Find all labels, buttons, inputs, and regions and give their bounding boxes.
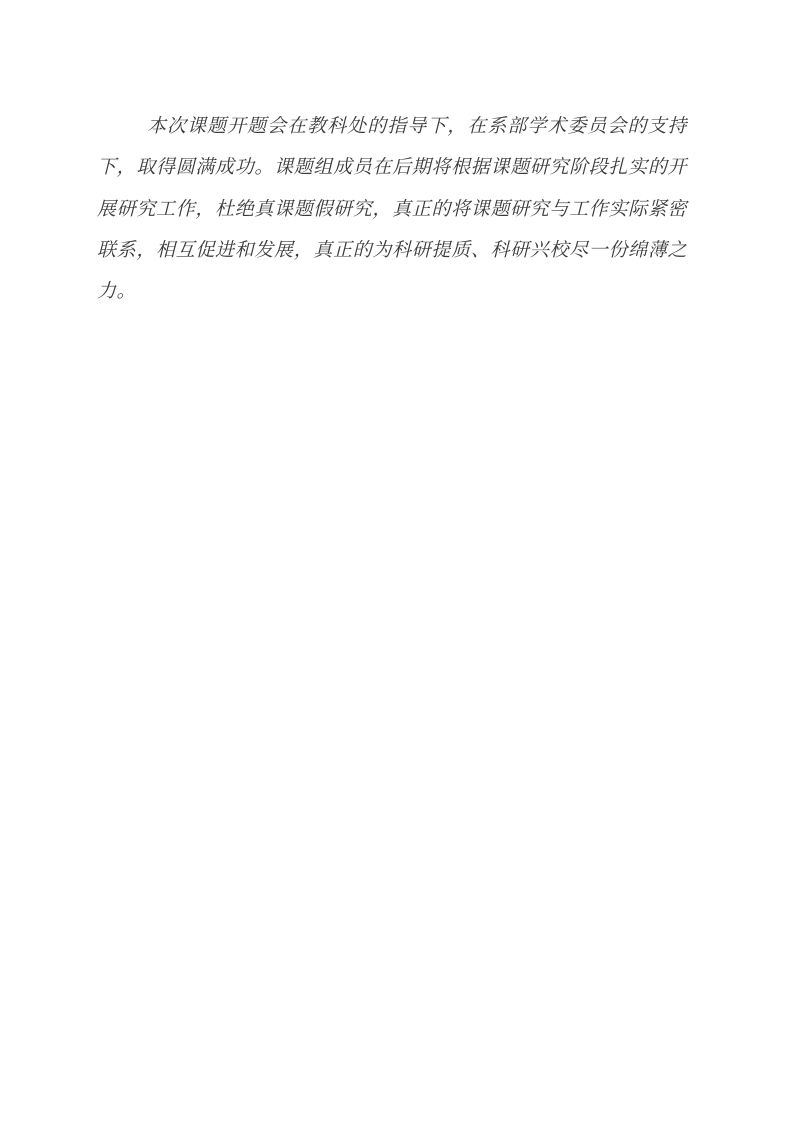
paragraph: 本次课题开题会在教科处的指导下，在系部学术委员会的支持 下，取得圆满成功。课题组… — [97, 106, 687, 312]
document-page: 本次课题开题会在教科处的指导下，在系部学术委员会的支持 下，取得圆满成功。课题组… — [0, 0, 793, 1122]
text-line: 下，取得圆满成功。课题组成员在后期将根据课题研究阶段扎实的开 — [97, 147, 687, 188]
text-line: 展研究工作，杜绝真课题假研究，真正的将课题研究与工作实际紧密 — [97, 189, 687, 230]
text-line: 本次课题开题会在教科处的指导下，在系部学术委员会的支持 — [97, 106, 687, 147]
text-line: 联系，相互促进和发展，真正的为科研提质、科研兴校尽一份绵薄之 — [97, 230, 687, 271]
text-line: 力。 — [97, 271, 687, 312]
